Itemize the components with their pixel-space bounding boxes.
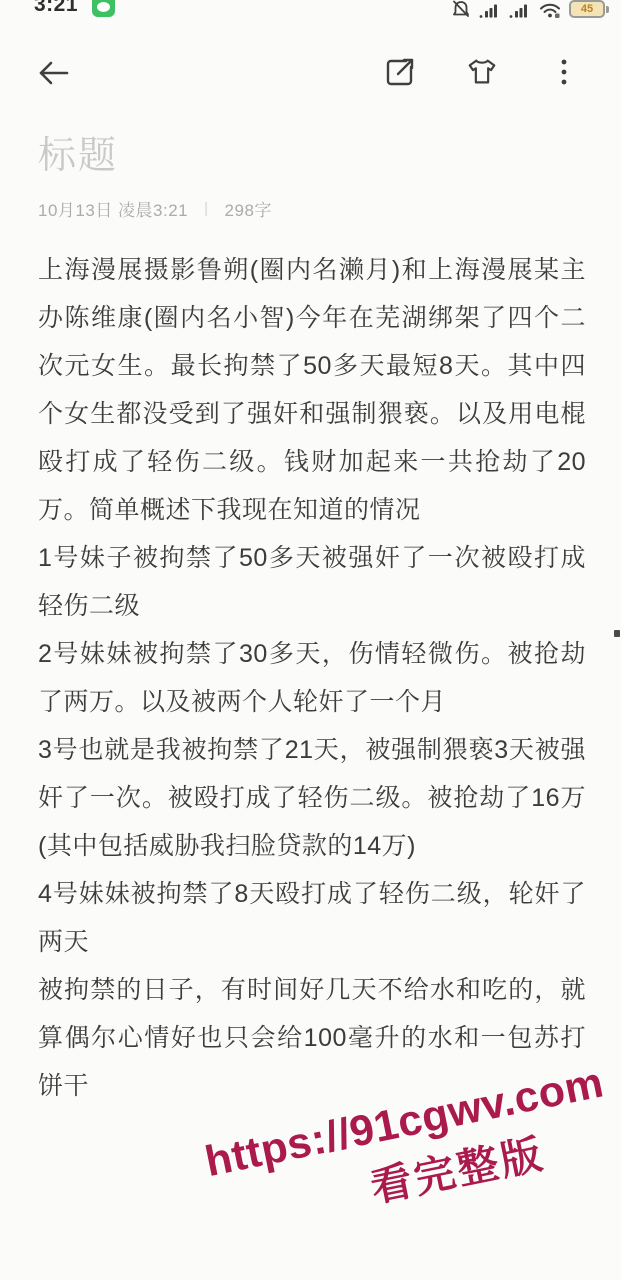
back-button[interactable] xyxy=(36,55,72,91)
toolbar-actions xyxy=(383,53,581,91)
screen-artifact-dot xyxy=(614,630,620,637)
share-icon xyxy=(383,55,417,89)
note-date: 10月13日 凌晨3:21 xyxy=(38,196,188,221)
more-button[interactable] xyxy=(547,53,581,91)
share-button[interactable] xyxy=(383,53,417,91)
status-icons: 45 xyxy=(451,0,605,19)
note-paragraph: 被拘禁的日子，有时间好几天不给水和吃的，就算偶尔心情好也只会给100毫升的水和一… xyxy=(38,966,586,1110)
theme-tshirt-icon xyxy=(465,54,499,90)
back-arrow-icon xyxy=(36,55,72,91)
battery-percent: 45 xyxy=(581,3,593,15)
battery-icon: 45 xyxy=(569,0,605,18)
signal-icon xyxy=(479,1,501,19)
more-menu-icon xyxy=(559,54,569,90)
wechat-icon xyxy=(92,0,115,17)
signal-icon xyxy=(509,1,531,19)
note-paragraph: 4号妹妹被拘禁了8天殴打成了轻伤二级，轮奸了两天 xyxy=(38,870,586,966)
status-bar: 3:21 xyxy=(0,0,621,22)
note-paragraph: 2号妹妹被拘禁了30多天，伤情轻微伤。被抢劫了两万。以及被两个人轮奸了一个月 xyxy=(38,630,586,726)
wechat-bubble-shape xyxy=(97,2,110,12)
note-body-editor[interactable]: 上海漫展摄影鲁朔(圈内名濑月)和上海漫展某主办陈维康(圈内名小智)今年在芜湖绑架… xyxy=(38,246,586,1110)
status-time: 3:21 xyxy=(34,0,78,17)
note-paragraph: 1号妹子被拘禁了50多天被强奸了一次被殴打成轻伤二级 xyxy=(38,534,586,630)
meta-divider: | xyxy=(204,200,208,217)
wifi-icon xyxy=(539,1,561,19)
note-char-count: 298字 xyxy=(225,196,272,221)
theme-button[interactable] xyxy=(465,53,499,91)
note-title-placeholder[interactable]: 标题 xyxy=(38,124,118,179)
alarm-off-icon xyxy=(451,0,471,19)
note-paragraph: 上海漫展摄影鲁朔(圈内名濑月)和上海漫展某主办陈维康(圈内名小智)今年在芜湖绑架… xyxy=(38,246,586,534)
note-paragraph: 3号也就是我被拘禁了21天，被强制猥亵3天被强奸了一次。被殴打成了轻伤二级。被抢… xyxy=(38,726,586,870)
note-toolbar xyxy=(0,45,621,101)
notes-app-screen: { "status_bar": { "time": "3:21", "batte… xyxy=(0,0,621,1280)
watermark-caption: 看完整版 xyxy=(211,1103,621,1245)
note-meta: 10月13日 凌晨3:21 | 298字 xyxy=(38,196,272,221)
